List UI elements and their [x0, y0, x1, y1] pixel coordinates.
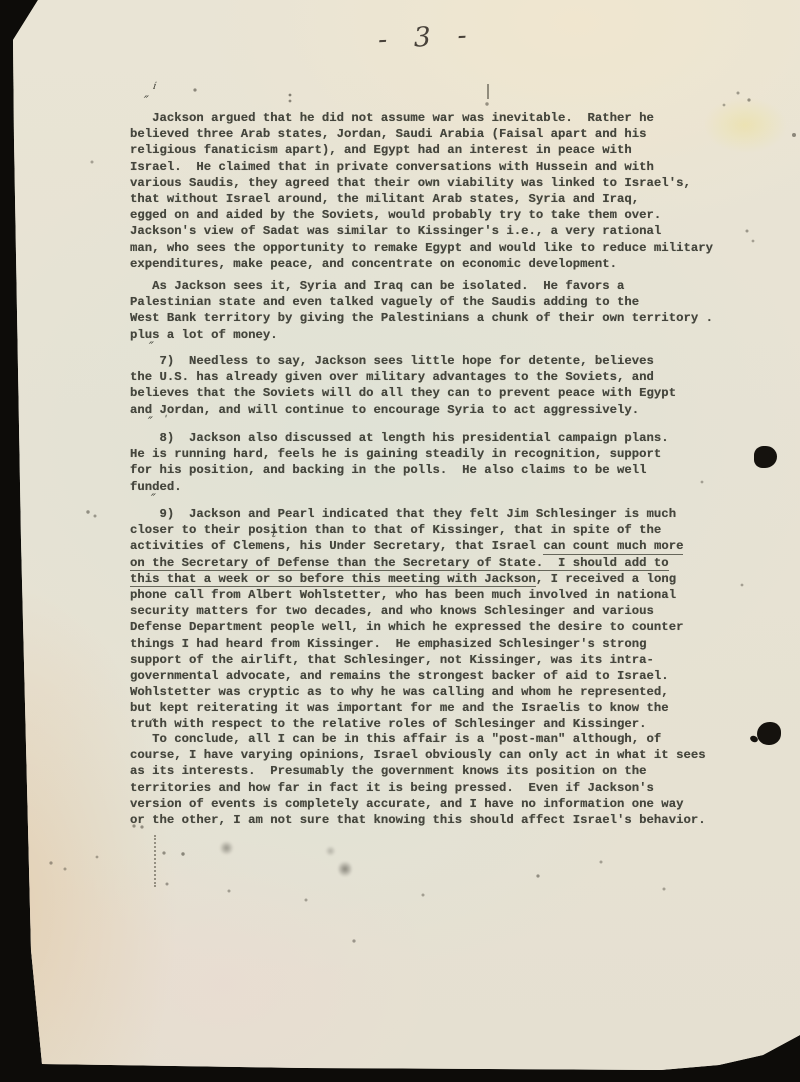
paragraph: 8) Jackson also discussed at length his …	[130, 430, 669, 495]
text-segment: , I received a long	[536, 572, 676, 586]
dust-specks	[0, 0, 2, 2]
text-line: on the Secretary of Defense than the Sec…	[130, 555, 683, 571]
handwritten-i-mark: i	[152, 83, 157, 91]
text-line: activities of Clemens, his Under Secreta…	[130, 538, 683, 554]
text-line: for his position, and backing in the pol…	[130, 462, 669, 478]
text-line: support of the airlift, that Schlesinger…	[130, 652, 683, 668]
text-line: funded.	[130, 479, 669, 495]
paragraph: As Jackson sees it, Syria and Iraq can b…	[130, 278, 713, 343]
paragraph: 7) Needless to say, Jackson sees little …	[130, 353, 676, 418]
text-line: Wohlstetter was cryptic as to why he was…	[130, 684, 683, 700]
text-segment: activities of Clemens, his Under Secreta…	[130, 539, 543, 553]
text-line: 9) Jackson and Pearl indicated that they…	[130, 506, 683, 522]
text-line: territories and how far in fact it is be…	[130, 780, 706, 796]
text-line: believes that the Soviets will do all th…	[130, 385, 676, 401]
underlined-text: on the Secretary of Defense than the Sec…	[130, 556, 669, 572]
paragraph: Jackson argued that he did not assume wa…	[130, 110, 713, 272]
handwritten-quote-mark: ″	[144, 267, 151, 277]
text-line: governmental advocate, and remains the s…	[130, 668, 683, 684]
text-line: To conclude, all I can be in this affair…	[130, 731, 706, 747]
text-line: phone call from Albert Wohlstetter, who …	[130, 587, 683, 603]
text-line: 8) Jackson also discussed at length his …	[130, 430, 669, 446]
text-line: or the other, I am not sure that knowing…	[130, 812, 706, 828]
text-line: and Jordan, and will continue to encoura…	[130, 402, 676, 418]
ink-smudge	[338, 860, 352, 878]
text-line: this that a week or so before this meeti…	[130, 571, 683, 587]
text-line: security matters for two decades, and wh…	[130, 603, 683, 619]
text-line: that without Israel around, the militant…	[130, 191, 713, 207]
text-line: believed three Arab states, Jordan, Saud…	[130, 126, 713, 142]
paragraph: To conclude, all I can be in this affair…	[130, 731, 706, 828]
text-line: expenditures, make peace, and concentrat…	[130, 256, 713, 272]
text-line: version of events is completely accurate…	[130, 796, 706, 812]
handwritten-quote-mark: ″	[142, 97, 149, 107]
text-line: various Saudis, they agreed that their o…	[130, 175, 713, 191]
text-line: Jackson argued that he did not assume wa…	[130, 110, 713, 126]
text-line: the U.S. has already given over military…	[130, 369, 676, 385]
text-line: course, I have varying opinions, Israel …	[130, 747, 706, 763]
page-number: - 3 -	[377, 19, 476, 55]
text-line: plus a lot of money.	[130, 327, 713, 343]
text-line: but kept reiterating it was important fo…	[130, 700, 683, 716]
underlined-text: this that a week or so before this meeti…	[130, 572, 536, 588]
text-line: religious fanaticism apart), and Egypt h…	[130, 142, 713, 158]
text-line: West Bank territory by giving the Palest…	[130, 310, 713, 326]
ink-blob	[754, 446, 777, 468]
ink-blob	[757, 722, 781, 745]
text-line: 7) Needless to say, Jackson sees little …	[130, 353, 676, 369]
underlined-text: can count much more	[543, 539, 683, 555]
handwritten-quote-mark: ″	[146, 418, 153, 428]
text-line: As Jackson sees it, Syria and Iraq can b…	[130, 278, 713, 294]
text-line: egged on and aided by the Soviets, would…	[130, 207, 713, 223]
handwritten-quote-mark: ″	[147, 343, 154, 353]
paragraph: 9) Jackson and Pearl indicated that they…	[130, 506, 683, 733]
text-line: closer to their position than to that of…	[130, 522, 683, 538]
text-line: He is running hard, feels he is gaining …	[130, 446, 669, 462]
text-line: Jackson's view of Sadat was similar to K…	[130, 223, 713, 239]
text-line: as its interests. Presumably the governm…	[130, 763, 706, 779]
dotted-fold-line	[154, 835, 156, 887]
text-line: man, who sees the opportunity to remake …	[130, 240, 713, 256]
text-line: things I had heard from Kissinger. He em…	[130, 636, 683, 652]
text-line: Defense Department people well, in which…	[130, 619, 683, 635]
handwritten-apostrophe-mark: '	[163, 416, 167, 424]
handwritten-quote-mark: ″	[149, 495, 156, 505]
text-line: Israel. He claimed that in private conve…	[130, 159, 713, 175]
text-line: Palestinian state and even talked vaguel…	[130, 294, 713, 310]
stray-pen-tick	[487, 84, 489, 99]
scanned-page: - 3 - Jackson argued that he did not ass…	[0, 0, 800, 1082]
pencil-smudge	[219, 841, 234, 855]
pencil-smudge	[325, 846, 336, 856]
